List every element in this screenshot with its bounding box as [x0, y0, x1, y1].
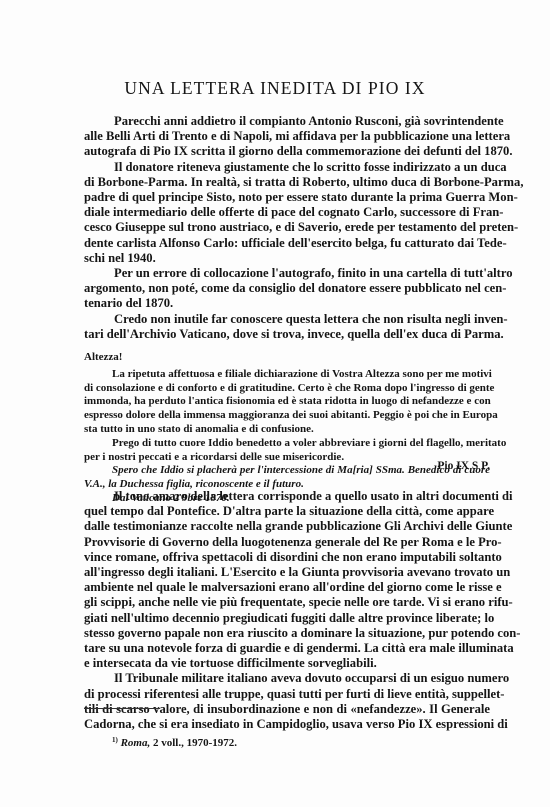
text-line: Il tono amaro della lettera corrisponde … — [84, 489, 490, 504]
text-line: sta tutto in uno stato di anomalia e di … — [84, 423, 490, 437]
text-line: Il Tribunale militare italiano aveva dov… — [84, 671, 490, 686]
text-line: e intersecata da vie tortuose difficilme… — [84, 656, 490, 671]
letter-paragraph-1: La ripetuta affettuosa e filiale dichiar… — [84, 368, 490, 437]
text-line: gli scippi, anche nelle vie più frequent… — [84, 595, 490, 610]
text-line: Prego di tutto cuore Iddio benedetto a v… — [84, 437, 490, 451]
letter-signature: Pio IX S P. — [437, 460, 490, 472]
text-line: argomento, non poté, come da consiglio d… — [84, 281, 490, 296]
footnote-marker: 1) — [112, 736, 118, 744]
letter-paragraph-2: Prego di tutto cuore Iddio benedetto a v… — [84, 437, 490, 465]
intro-paragraph-3: Per un errore di collocazione l'autograf… — [84, 266, 490, 312]
text-line: Parecchi anni addietro il compianto Anto… — [84, 114, 490, 129]
intro-paragraph-4: Credo non inutile far conoscere questa l… — [84, 312, 490, 342]
text-line: tare su una notevole forza di guardie e … — [84, 641, 490, 656]
letter-salutation: Altezza! — [84, 351, 490, 365]
text-line: di consolazione e di conforto e di grati… — [84, 382, 490, 396]
text-line: Il donatore riteneva giustamente che lo … — [84, 160, 490, 175]
intro-paragraph-2: Il donatore riteneva giustamente che lo … — [84, 160, 490, 266]
intro-paragraph-1: Parecchi anni addietro il compianto Anto… — [84, 114, 490, 160]
footnote-text: 2 voll., 1970-1972. — [153, 737, 237, 749]
commentary-paragraph-1: Il tono amaro della lettera corrisponde … — [84, 489, 490, 671]
text-line: La ripetuta affettuosa e filiale dichiar… — [84, 368, 490, 382]
commentary-paragraph-2: Il Tribunale militare italiano aveva dov… — [84, 671, 490, 732]
text-line: cesco Giuseppe sul trono austriaco, e di… — [84, 220, 490, 235]
text-line: vince romane, offriva spettacoli di diso… — [84, 550, 490, 565]
text-line: diale intermediario delle offerte di pac… — [84, 205, 490, 220]
text-line: all'ingresso degli italiani. L'Esercito … — [84, 565, 490, 580]
text-line: di processi riferentesi alle truppe, qua… — [84, 687, 490, 702]
text-line: immonda, ha perduto l'antica fisionomia … — [84, 395, 490, 409]
text-line: alle Belli Arti di Trento e di Napoli, m… — [84, 129, 490, 144]
text-line: dalle testimonianze raccolte nella grand… — [84, 519, 490, 534]
text-line: tili di scarso valore, di insubordinazio… — [84, 702, 490, 717]
text-line: Spero che Iddio si placherà per l'interc… — [84, 464, 490, 478]
text-line: autografa di Pio IX scritta il giorno de… — [84, 144, 490, 159]
text-line: padre di quel principe Sisto, noto per e… — [84, 190, 490, 205]
text-line: di Borbone-Parma. In realtà, si tratta d… — [84, 175, 490, 190]
text-line: per i nostri peccati e a ricordarsi dell… — [84, 451, 490, 465]
text-line: quel tempo dal Pontefice. D'altra parte … — [84, 504, 490, 519]
text-line: Per un errore di collocazione l'autograf… — [84, 266, 490, 281]
text-line: tenario del 1870. — [84, 296, 490, 311]
text-line: dente carlista Alfonso Carlo: ufficiale … — [84, 236, 490, 251]
text-line: tari dell'Archivio Vaticano, dove si tro… — [84, 327, 490, 342]
footnote-text-italic: Roma, — [121, 737, 151, 749]
text-line: schi nel 1940. — [84, 251, 490, 266]
footnote: 1) Roma, 2 voll., 1970-1972. — [112, 736, 237, 749]
text-line: Provvisorie di Governo della luogotenenz… — [84, 535, 490, 550]
text-line: giati nell'ultimo decennio pregiudicati … — [84, 611, 490, 626]
document-page: UNA LETTERA INEDITA DI PIO IX Parecchi a… — [0, 0, 550, 807]
letter-body: Altezza! La ripetuta affettuosa e filial… — [84, 351, 490, 506]
text-line: Cadorna, che si era insediato in Campido… — [84, 717, 490, 732]
text-line: Credo non inutile far conoscere questa l… — [84, 312, 490, 327]
text-line: ambiente nel quale le malversazioni eran… — [84, 580, 490, 595]
letter-paragraph-3: Spero che Iddio si placherà per l'interc… — [84, 464, 490, 492]
text-line: stesso governo papale non era riuscito a… — [84, 626, 490, 641]
text-line: espresso dolore della immensa maggioranz… — [84, 409, 490, 423]
page-title: UNA LETTERA INEDITA DI PIO IX — [0, 78, 550, 99]
footnote-divider — [84, 708, 160, 709]
